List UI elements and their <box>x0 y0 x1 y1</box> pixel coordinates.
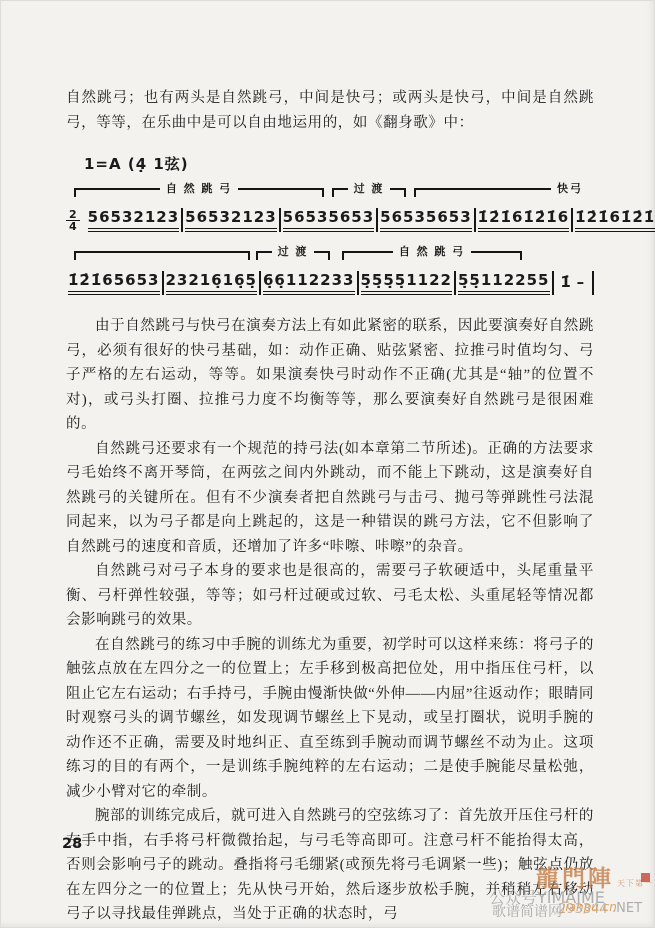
note-group: 2255 <box>504 271 550 295</box>
bracket-label: 快弓 <box>551 184 589 195</box>
bracket-line <box>344 251 393 253</box>
red-seal-icon <box>641 873 650 882</box>
note-group: 2123 <box>133 208 179 232</box>
bracket-tick <box>404 188 406 197</box>
key-signature: 1=A (4̣ 1弦) <box>84 153 594 174</box>
note-group: 6̣16̣5̣ <box>211 271 257 295</box>
measure: 1̇2̇1̇65653 <box>66 271 162 295</box>
time-signature-denominator: 4 <box>66 221 80 232</box>
notation-row-1: 2 4 565321235653212356535653565356531̇2̇… <box>66 203 594 237</box>
measure: 6̣6̣112233 <box>261 271 357 295</box>
paragraph-1: 由于自然跳弓与快弓在演奏方法上有如此紧密的联系，因此要演奏好自然跳弓，必须有很好… <box>66 314 594 437</box>
measure: 56535653 <box>378 208 474 232</box>
measure: 5̣5̣5̣5̣1122 <box>359 271 455 295</box>
measure: 1̇2̇1̇61̇2̇1̇6 <box>573 208 655 232</box>
score-line-1: 自 然 跳 弓 过 渡 快弓 <box>66 188 594 237</box>
time-signature: 2 4 <box>66 209 80 232</box>
bracket-line <box>76 251 248 253</box>
bracket-fast-bow-continuation <box>74 251 250 263</box>
watermark-site-url: jianpu.cn <box>562 900 617 914</box>
note-group: 2321 <box>166 271 212 295</box>
measure: 56532123 <box>86 208 182 232</box>
paragraph-3: 自然跳弓对弓子本身的要求也是很高的，需要弓子软硬适中，头尾重量平衡、弓杆弹性较强… <box>66 559 594 633</box>
barline <box>592 271 594 295</box>
bracket-row-2: 过 渡 自 然 跳 弓 <box>66 251 594 266</box>
measure: 1̇2̇1̇61̇2̇1̇6 <box>476 208 572 232</box>
bracket-label: 过 渡 <box>348 184 391 195</box>
bracket-line <box>471 251 520 253</box>
bracket-label: 自 然 跳 弓 <box>160 184 238 195</box>
bracket-line <box>76 188 160 190</box>
paragraph-4: 在自然跳弓的练习中手腕的训练尤为重要，初学时可以这样来练：将弓子的触弦点放在左四… <box>66 633 594 805</box>
bracket-tick <box>248 251 250 260</box>
note-group: 1̇2̇1̇6 <box>478 208 524 232</box>
scanned-book-page: 自然跳弓；也有两头是自然跳弓，中间是快弓；或两头是快弓，中间是自然跳弓，等等，在… <box>0 0 655 928</box>
note-group: 5653 <box>114 271 160 295</box>
note-group: 1̇2̇1̇6 <box>523 208 569 232</box>
bracket-transition-1: 过 渡 <box>332 188 406 200</box>
note-group: 6̣6̣11 <box>263 271 309 295</box>
notation-row-2: 1̇2̇1̇6565323216̣16̣5̣6̣6̣1122335̣5̣5̣5̣… <box>66 266 594 300</box>
bracket-line <box>238 188 322 190</box>
bracket-tick <box>322 188 324 197</box>
bracket-line <box>334 188 348 190</box>
note-group: 1̇2̇1̇6 <box>621 208 655 232</box>
bracket-tick <box>520 251 522 260</box>
note-group: 5̣5̣5̣5̣ <box>361 271 407 295</box>
watermark-site-name: 歌谱简谱网 <box>492 901 562 921</box>
measure: 23216̣16̣5̣ <box>164 271 260 295</box>
note-group: 1̇2̇1̇6 <box>68 271 114 295</box>
note-group: 1̇2̇1̇6 <box>575 208 621 232</box>
note-group: 5653 <box>328 208 374 232</box>
bracket-line <box>390 188 404 190</box>
bracket-label: 自 然 跳 弓 <box>393 247 471 258</box>
note-group: – <box>577 273 586 293</box>
page-content: 自然跳弓；也有两头是自然跳弓，中间是快弓；或两头是快弓，中间是自然跳弓，等等，在… <box>66 86 594 927</box>
page-number: 28 <box>62 836 82 852</box>
measure: 5̣5̣112255 <box>456 271 552 295</box>
bracket-transition-2: 过 渡 <box>256 251 330 263</box>
score-line-2: 过 渡 自 然 跳 弓 1̇2̇1̇6565323216̣16̣5̣6̣6̣11… <box>66 251 594 300</box>
note-group: 5653 <box>380 208 426 232</box>
bracket-label: 过 渡 <box>272 247 315 258</box>
bracket-line <box>416 188 551 190</box>
time-signature-numerator: 2 <box>66 209 80 221</box>
bracket-fast-bow: 快弓 <box>414 188 589 200</box>
bracket-row-1: 自 然 跳 弓 过 渡 快弓 <box>66 188 594 203</box>
note-group: 5653 <box>283 208 329 232</box>
note-group: 5653 <box>88 208 134 232</box>
note-group: 5653 <box>185 208 231 232</box>
bracket-natural-spiccato-1: 自 然 跳 弓 <box>74 188 324 200</box>
note-group: 1̇ <box>560 273 571 293</box>
bracket-line <box>314 251 328 253</box>
note-group: 5̣5̣11 <box>458 271 504 295</box>
bracket-natural-spiccato-2: 自 然 跳 弓 <box>342 251 522 263</box>
bracket-line <box>258 251 272 253</box>
measure: 56532123 <box>183 208 279 232</box>
bracket-tick <box>328 251 330 260</box>
measure: 56535653 <box>281 208 377 232</box>
note-group: 5653 <box>426 208 472 232</box>
note-group: 2233 <box>309 271 355 295</box>
note-group: 2123 <box>231 208 277 232</box>
paragraph-2: 自然跳弓还要求有一个规范的持弓法(如本章第二节所述)。正确的方法要求弓毛始终不离… <box>66 437 594 560</box>
measure: 1̇– <box>554 273 593 293</box>
note-group: 1122 <box>406 271 452 295</box>
paragraph-intro: 自然跳弓；也有两头是自然跳弓，中间是快弓；或两头是快弓，中间是自然跳弓，等等，在… <box>66 86 594 135</box>
watermark-suffix: .NET <box>612 901 642 916</box>
